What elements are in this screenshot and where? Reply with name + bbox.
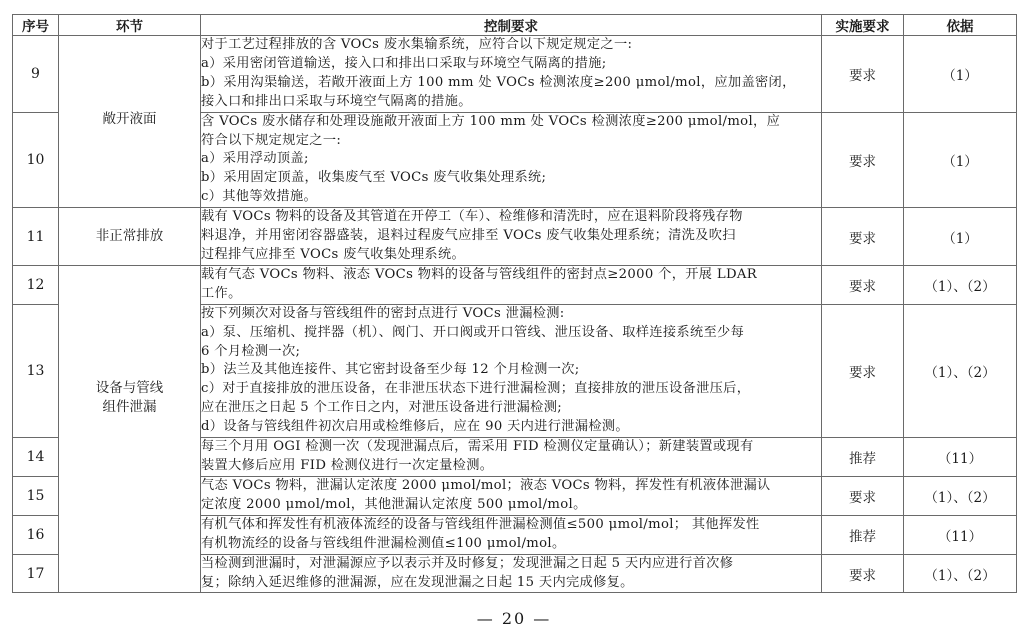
requirement-line: 载有 VOCs 物料的设备及其管道在开停工（车）、检维修和清洗时，应在退料阶段将… xyxy=(201,208,821,227)
stage-equipment-leak: 设备与管线 组件泄漏 xyxy=(59,265,201,593)
requirement-line: a）泵、压缩机、搅拌器（机）、阀门、开口阀或开口管线、泄压设备、取样连接系统至少… xyxy=(201,324,821,343)
row-seq: 12 xyxy=(13,265,59,304)
row-seq: 11 xyxy=(13,208,59,266)
row-basis: （1）、（2） xyxy=(904,304,1017,437)
header-requirement: 控制要求 xyxy=(201,15,822,36)
requirement-line: 6 个月检测一次; xyxy=(201,343,821,362)
row-seq: 9 xyxy=(13,36,59,113)
row-basis: （1）、（2） xyxy=(904,265,1017,304)
row-implementation: 要求 xyxy=(822,36,904,113)
row-implementation: 要求 xyxy=(822,265,904,304)
requirement-line: b）法兰及其他连接件、其它密封设备至少每 12 个月检测一次; xyxy=(201,361,821,380)
requirement-line: 接入口和排出口采取与环境空气隔离的措施。 xyxy=(201,93,821,112)
header-seq: 序号 xyxy=(13,15,59,36)
requirement-line: a）采用浮动顶盖; xyxy=(201,150,821,169)
row-seq: 10 xyxy=(13,112,59,208)
requirement-line: 料退净，并用密闭容器盛装，退料过程废气应排至 VOCs 废气收集处理系统；清洗及… xyxy=(201,227,821,246)
row-seq: 17 xyxy=(13,554,59,593)
row-seq: 13 xyxy=(13,304,59,437)
stage-abnormal-emission: 非正常排放 xyxy=(59,208,201,266)
row-seq: 16 xyxy=(13,515,59,554)
page-number: — 20 — xyxy=(0,609,1028,628)
requirement-line: b）采用沟渠输送，若敞开液面上方 100 mm 处 VOCs 检测浓度≥200 … xyxy=(201,74,821,93)
requirement-line: 载有气态 VOCs 物料、液态 VOCs 物料的设备与管线组件的密封点≥2000… xyxy=(201,266,821,285)
row-implementation: 推荐 xyxy=(822,438,904,477)
requirement-line: 有机气体和挥发性有机液体流经的设备与管线组件泄漏检测值≤500 μmol/mol… xyxy=(201,516,821,535)
table-header-row: 序号 环节 控制要求 实施要求 依据 xyxy=(13,15,1017,36)
row-basis: （1） xyxy=(904,112,1017,208)
stage-open-liquid: 敞开液面 xyxy=(59,36,201,208)
row-implementation: 要求 xyxy=(822,304,904,437)
requirement-line: 工作。 xyxy=(201,285,821,304)
requirement-line: 应在泄压之日起 5 个工作日之内，对泄压设备进行泄漏检测; xyxy=(201,399,821,418)
requirement-line: d）设备与管线组件初次启用或检维修后，应在 90 天内进行泄漏检测。 xyxy=(201,418,821,437)
row-requirement: 有机气体和挥发性有机液体流经的设备与管线组件泄漏检测值≤500 μmol/mol… xyxy=(201,515,822,554)
requirement-line: 每三个月用 OGI 检测一次（发现泄漏点后，需采用 FID 检测仪定量确认）；新… xyxy=(201,438,821,457)
stage-label-line: 组件泄漏 xyxy=(59,398,200,417)
row-requirement: 按下列频次对设备与管线组件的密封点进行 VOCs 泄漏检测: a）泵、压缩机、搅… xyxy=(201,304,822,437)
requirement-line: 按下列频次对设备与管线组件的密封点进行 VOCs 泄漏检测: xyxy=(201,305,821,324)
stage-label-line: 设备与管线 xyxy=(59,379,200,398)
row-basis: （11） xyxy=(904,438,1017,477)
row-requirement: 气态 VOCs 物料，泄漏认定浓度 2000 μmol/mol；液态 VOCs … xyxy=(201,477,822,516)
row-implementation: 要求 xyxy=(822,477,904,516)
requirement-line: 对于工艺过程排放的含 VOCs 废水集输系统，应符合以下规定规定之一: xyxy=(201,36,821,55)
requirement-line: 当检测到泄漏时，对泄漏源应予以表示并及时修复；发现泄漏之日起 5 天内应进行首次… xyxy=(201,555,821,574)
table-row: 9 敞开液面 对于工艺过程排放的含 VOCs 废水集输系统，应符合以下规定规定之… xyxy=(13,36,1017,113)
row-implementation: 要求 xyxy=(822,112,904,208)
requirement-line: a）采用密闭管道输送，接入口和排出口采取与环境空气隔离的措施; xyxy=(201,55,821,74)
row-implementation: 要求 xyxy=(822,208,904,266)
requirement-line: 复；除纳入延迟维修的泄漏源，应在发现泄漏之日起 15 天内完成修复。 xyxy=(201,574,821,593)
row-implementation: 推荐 xyxy=(822,515,904,554)
requirement-line: 装置大修后应用 FID 检测仪进行一次定量检测。 xyxy=(201,457,821,476)
row-basis: （1） xyxy=(904,208,1017,266)
header-basis: 依据 xyxy=(904,15,1017,36)
header-implementation: 实施要求 xyxy=(822,15,904,36)
row-requirement: 载有 VOCs 物料的设备及其管道在开停工（车）、检维修和清洗时，应在退料阶段将… xyxy=(201,208,822,266)
table-row: 11 非正常排放 载有 VOCs 物料的设备及其管道在开停工（车）、检维修和清洗… xyxy=(13,208,1017,266)
row-basis: （11） xyxy=(904,515,1017,554)
requirement-line: c）其他等效措施。 xyxy=(201,188,821,207)
header-stage: 环节 xyxy=(59,15,201,36)
row-basis: （1）、（2） xyxy=(904,554,1017,593)
row-requirement: 当检测到泄漏时，对泄漏源应予以表示并及时修复；发现泄漏之日起 5 天内应进行首次… xyxy=(201,554,822,593)
requirement-line: 含 VOCs 废水储存和处理设施敞开液面上方 100 mm 处 VOCs 检测浓… xyxy=(201,113,821,132)
row-seq: 15 xyxy=(13,477,59,516)
requirement-line: 有机物流经的设备与管线组件泄漏检测值≤100 μmol/mol。 xyxy=(201,535,821,554)
row-seq: 14 xyxy=(13,438,59,477)
requirement-line: b）采用固定顶盖，收集废气至 VOCs 废气收集处理系统; xyxy=(201,169,821,188)
row-basis: （1）、（2） xyxy=(904,477,1017,516)
row-basis: （1） xyxy=(904,36,1017,113)
row-requirement: 每三个月用 OGI 检测一次（发现泄漏点后，需采用 FID 检测仪定量确认）；新… xyxy=(201,438,822,477)
row-implementation: 要求 xyxy=(822,554,904,593)
requirement-line: 过程排气应排至 VOCs 废气收集处理系统。 xyxy=(201,246,821,265)
control-requirements-table: 序号 环节 控制要求 实施要求 依据 9 敞开液面 对于工艺过程排放的含 VOC… xyxy=(12,14,1017,593)
requirement-line: 定浓度 2000 μmol/mol，其他泄漏认定浓度 500 μmol/mol。 xyxy=(201,496,821,515)
requirement-line: c）对于直接排放的泄压设备，在非泄压状态下进行泄漏检测；直接排放的泄压设备泄压后… xyxy=(201,380,821,399)
requirement-line: 符合以下规定规定之一: xyxy=(201,132,821,151)
row-requirement: 含 VOCs 废水储存和处理设施敞开液面上方 100 mm 处 VOCs 检测浓… xyxy=(201,112,822,208)
row-requirement: 载有气态 VOCs 物料、液态 VOCs 物料的设备与管线组件的密封点≥2000… xyxy=(201,265,822,304)
row-requirement: 对于工艺过程排放的含 VOCs 废水集输系统，应符合以下规定规定之一: a）采用… xyxy=(201,36,822,113)
requirement-line: 气态 VOCs 物料，泄漏认定浓度 2000 μmol/mol；液态 VOCs … xyxy=(201,477,821,496)
table-row: 12 设备与管线 组件泄漏 载有气态 VOCs 物料、液态 VOCs 物料的设备… xyxy=(13,265,1017,304)
